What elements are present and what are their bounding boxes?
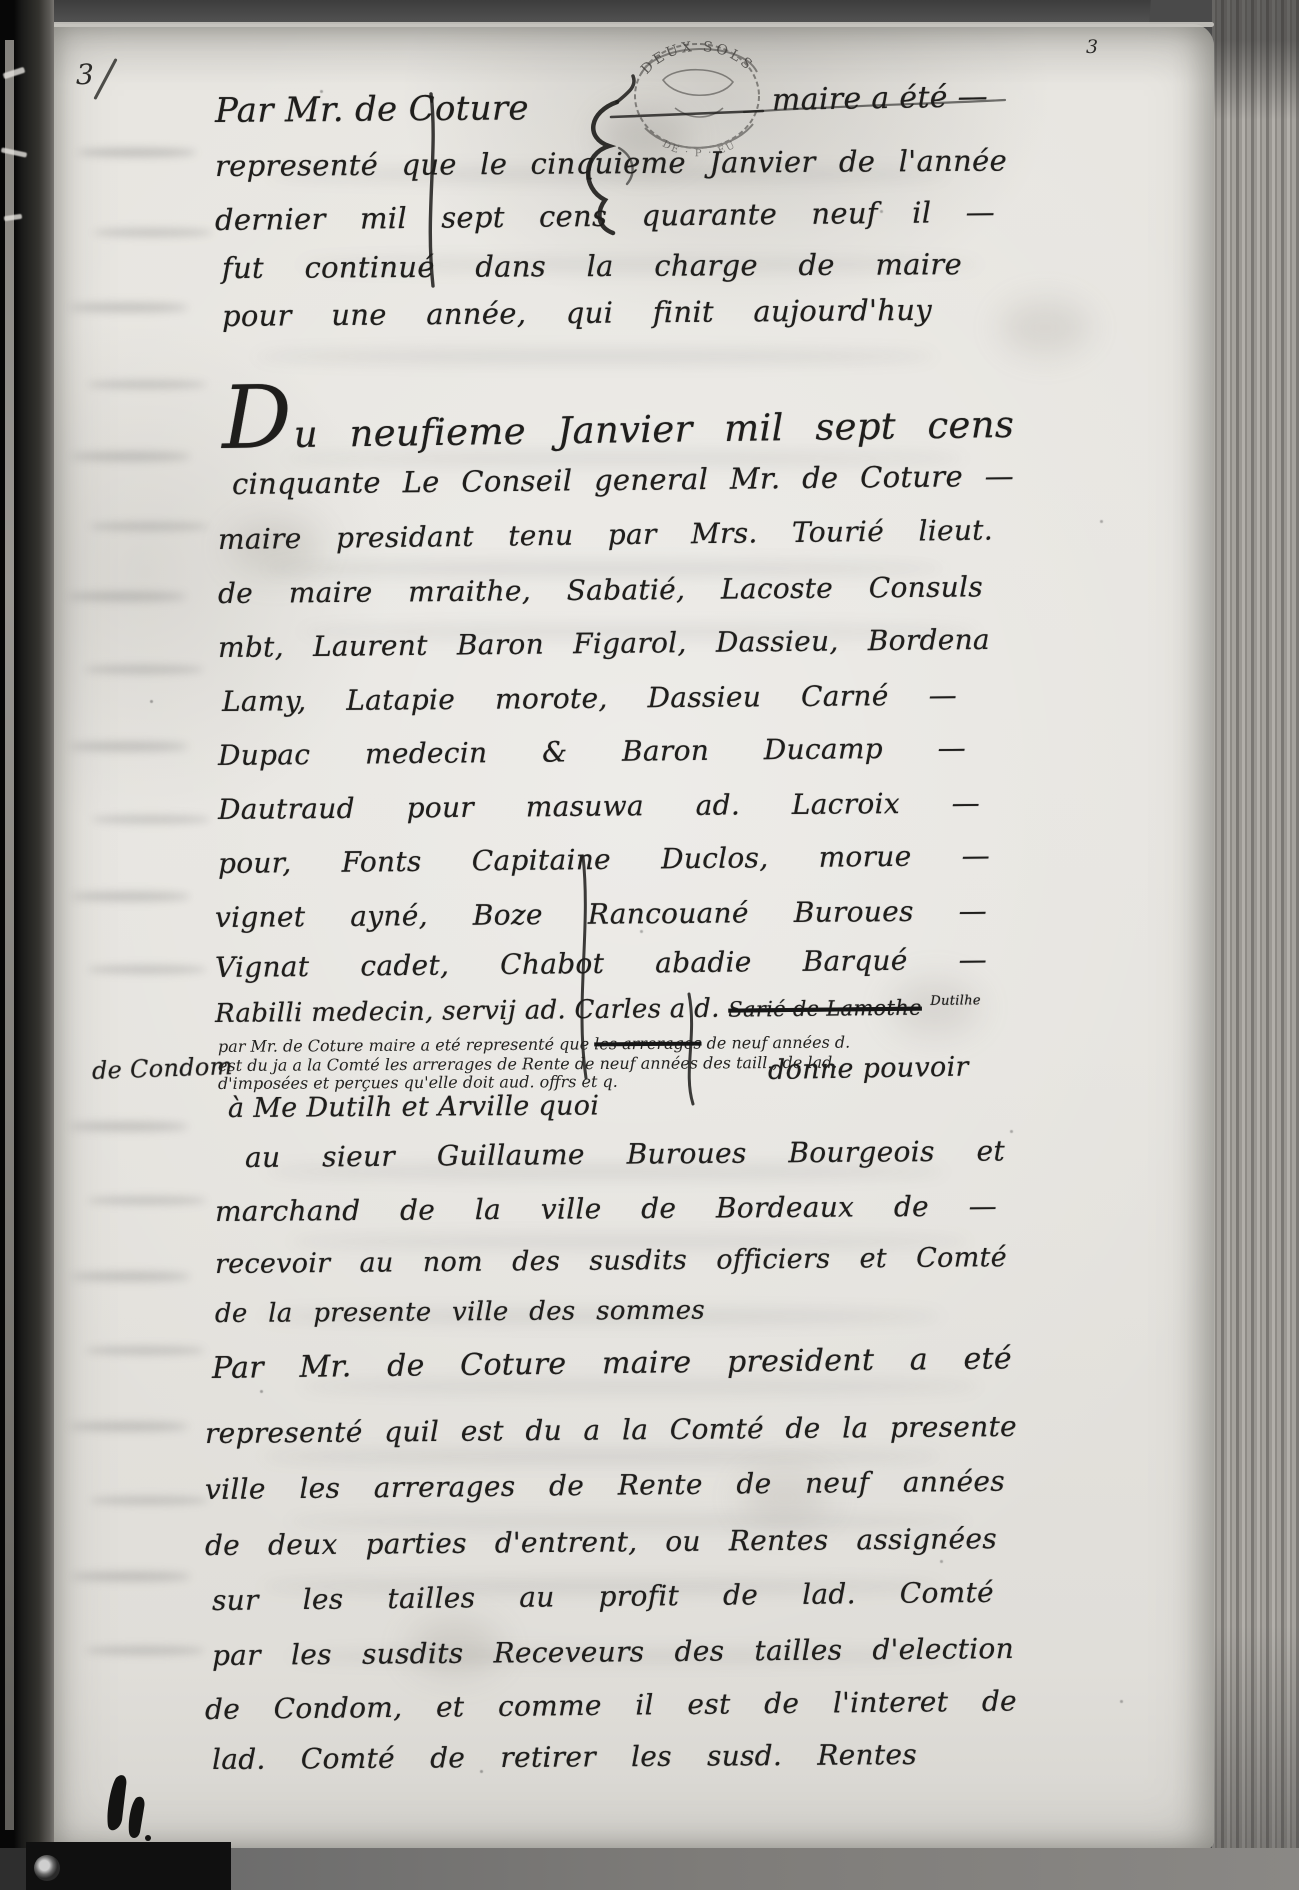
- manuscript-line: maire a été —: [772, 80, 1013, 118]
- folio-number-left: 3: [76, 58, 94, 91]
- paper-speckles: [0, 0, 3, 3]
- line-text: Rabilli medecin, servij ad. Carles a d.: [215, 994, 720, 1029]
- manuscript-line: de maire mraithe, Sabatié, Lacoste Consu…: [218, 571, 983, 609]
- book-page-edges-shading: [1212, 0, 1299, 1890]
- manuscript-line: representé quil est du a la Comté de la …: [205, 1411, 1017, 1449]
- manuscript-line: au sieur Guillaume Buroues Bourgeois et: [245, 1135, 1005, 1173]
- folio-number-right: 3: [1086, 36, 1098, 58]
- superscript-insertion: Dutilhe: [930, 993, 981, 1009]
- svg-text:DEUX SOLS: DEUX SOLS: [638, 39, 757, 78]
- manuscript-scan: { "scan": { "folio_left": "3", "folio_ri…: [0, 0, 1299, 1890]
- manuscript-line: de deux parties d'entrent, ou Rentes ass…: [205, 1523, 997, 1561]
- manuscript-line: par les susdits Receveurs des tailles d'…: [212, 1633, 1014, 1671]
- manuscript-line: Dautraud pour masuwa ad. Lacroix —: [218, 787, 980, 825]
- manuscript-line: fut continué dans la charge de maire: [222, 248, 962, 284]
- binding-page-edge: [5, 40, 14, 1830]
- line-text: de neuf années d.: [707, 1033, 851, 1053]
- margin-note: de Condom: [92, 1053, 234, 1085]
- manuscript-line: donne pouvoir: [768, 1052, 969, 1086]
- binding-clasp: [34, 1855, 60, 1881]
- manuscript-line: vignet ayné, Boze Rancouané Buroues —: [215, 895, 987, 933]
- ink-blot: [98, 1768, 168, 1853]
- struck-text: les arrerages: [594, 1034, 701, 1054]
- manuscript-line: à Me Dutilh et Arville quoi: [228, 1091, 599, 1124]
- struck-text: Sarié de Lamothe: [728, 996, 922, 1022]
- line-text: par Mr. de Coture maire a eté representé…: [218, 1034, 589, 1056]
- paper-stains: [0, 0, 90, 55]
- manuscript-line: representé que le cinquieme Janvier de l…: [215, 144, 1007, 182]
- manuscript-line: Par Mr. de Coture: [215, 89, 535, 130]
- manuscript-line: Du neufieme Janvier mil sept cens: [222, 377, 1015, 456]
- manuscript-line: pour une année, qui finit aujourd'huy: [222, 294, 932, 333]
- manuscript-line: marchand de la ville de Bordeaux de —: [215, 1191, 997, 1228]
- manuscript-line: lad. Comté de retirer les susd. Rentes: [212, 1739, 917, 1775]
- manuscript-line: Lamy, Latapie morote, Dassieu Carné —: [222, 680, 957, 718]
- manuscript-line: de la presente ville des sommes: [215, 1297, 705, 1330]
- bleed-through-body: [0, 0, 680, 13]
